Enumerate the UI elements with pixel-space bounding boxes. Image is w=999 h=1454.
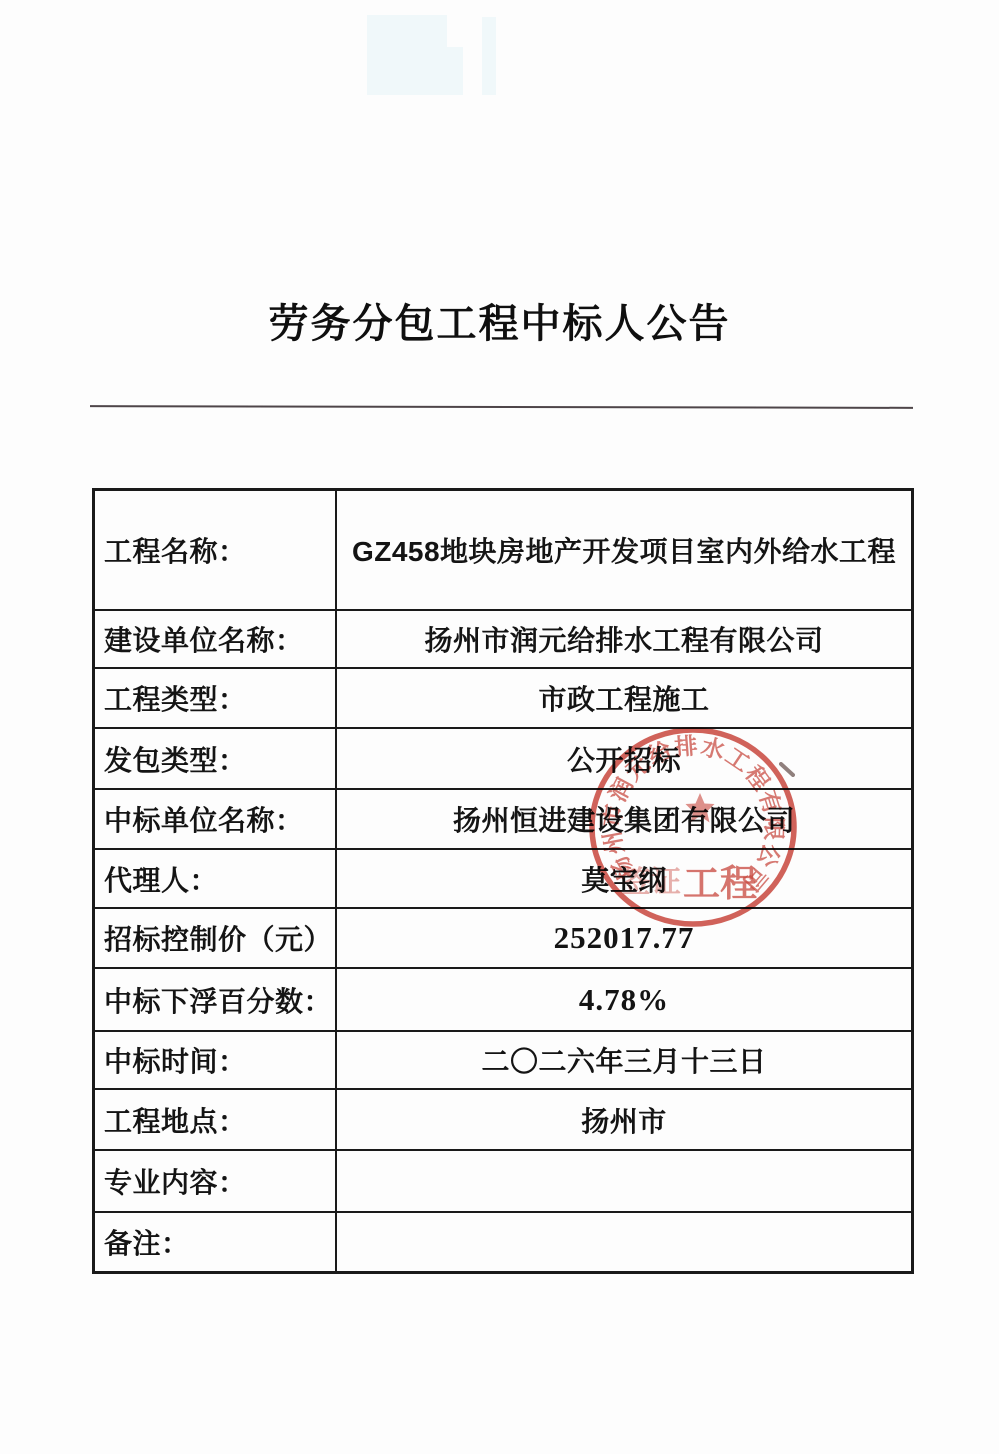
row-label: 发包类型：	[95, 729, 337, 788]
title-divider	[90, 405, 913, 409]
table-row: 中标单位名称： 扬州恒进建设集团有限公司	[95, 788, 911, 848]
page-title: 劳务分包工程中标人公告	[0, 292, 999, 349]
table-row: 工程名称： GZ458地块房地产开发项目室内外给水工程	[95, 491, 911, 609]
row-label: 中标时间：	[95, 1032, 337, 1088]
row-value: 扬州市	[337, 1090, 911, 1149]
row-value: 252017.77	[337, 909, 911, 967]
table-row: 建设单位名称： 扬州市润元给排水工程有限公司	[95, 609, 911, 667]
table-row: 专业内容：	[95, 1149, 911, 1211]
row-value: 莫宝纲	[337, 850, 911, 907]
row-label: 代理人：	[95, 850, 337, 907]
row-label: 招标控制价（元）	[95, 909, 337, 967]
row-value	[337, 1213, 911, 1271]
row-label: 建设单位名称：	[95, 611, 337, 667]
table-row: 代理人： 莫宝纲	[95, 848, 911, 907]
table-row: 发包类型： 公开招标	[95, 727, 911, 788]
table-row: 工程地点： 扬州市	[95, 1088, 911, 1149]
row-value: 二〇二六年三月十三日	[337, 1032, 911, 1088]
table-row: 招标控制价（元） 252017.77	[95, 907, 911, 967]
row-label: 工程类型：	[95, 669, 337, 727]
row-value: 4.78%	[337, 969, 911, 1030]
row-value	[337, 1151, 911, 1211]
row-value: 公开招标	[337, 729, 911, 788]
row-label: 中标单位名称：	[95, 790, 337, 848]
row-label: 工程名称：	[95, 491, 337, 609]
scan-watermark-block	[415, 47, 463, 95]
row-value: 扬州恒进建设集团有限公司	[337, 790, 911, 848]
table-row: 备注：	[95, 1211, 911, 1271]
row-label: 专业内容：	[95, 1151, 337, 1211]
row-label: 备注：	[95, 1213, 337, 1271]
row-value: GZ458地块房地产开发项目室内外给水工程	[337, 491, 911, 609]
scan-watermark-block	[482, 17, 496, 95]
table-row: 工程类型： 市政工程施工	[95, 667, 911, 727]
row-value: 市政工程施工	[337, 669, 911, 727]
row-label: 中标下浮百分数：	[95, 969, 337, 1030]
announcement-table: 工程名称： GZ458地块房地产开发项目室内外给水工程 建设单位名称： 扬州市润…	[92, 488, 914, 1274]
table-row: 中标时间： 二〇二六年三月十三日	[95, 1030, 911, 1088]
table-row: 中标下浮百分数： 4.78%	[95, 967, 911, 1030]
row-label: 工程地点：	[95, 1090, 337, 1149]
row-value: 扬州市润元给排水工程有限公司	[337, 611, 911, 667]
